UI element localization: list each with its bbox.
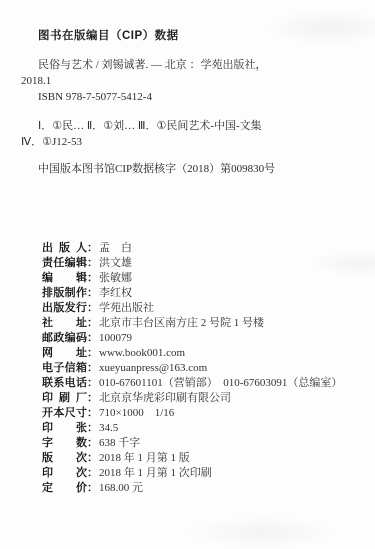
colophon-label: 版次 <box>42 451 87 466</box>
colophon-value: 100079 <box>99 331 132 346</box>
colophon-label: 网址 <box>42 346 87 361</box>
colophon-colon: ： <box>87 241 98 256</box>
colophon-label: 字数 <box>42 436 87 451</box>
colophon-row: 印张 ： 34.5 <box>42 421 365 436</box>
colophon-section: 出版人 ： 孟 白 责任编辑 ： 洪文雄 编辑 ： 张敏娜 排版制作 ： 李红权… <box>42 241 365 496</box>
colophon-colon: ： <box>87 451 98 466</box>
colophon-row: 网址 ： www.book001.com <box>42 346 365 361</box>
colophon-value: 010-67601101（营销部） 010-67603091（总编室） <box>99 376 342 391</box>
colophon-colon: ： <box>87 361 98 376</box>
colophon-colon: ： <box>87 391 98 406</box>
colophon-label: 责任编辑 <box>42 256 87 271</box>
colophon-row: 版次 ： 2018 年 1 月第 1 版 <box>42 451 365 466</box>
colophon-value: xueyuanpress@163.com <box>99 361 207 376</box>
colophon-colon: ： <box>87 406 98 421</box>
cip-isbn-line: ISBN 978-7-5077-5412-4 <box>21 89 359 105</box>
colophon-value: 168.00 元 <box>99 481 143 496</box>
colophon-colon: ： <box>87 346 98 361</box>
colophon-row: 出版人 ： 孟 白 <box>42 241 365 256</box>
colophon-label: 电子信箱 <box>42 361 87 376</box>
cip-record-number: 中国版本图书馆CIP数据核字（2018）第009830号 <box>21 161 359 177</box>
colophon-colon: ： <box>87 376 98 391</box>
colophon-label: 印次 <box>42 466 87 481</box>
colophon-value: 北京京华虎彩印刷有限公司 <box>99 391 231 406</box>
colophon-label: 印张 <box>42 421 87 436</box>
colophon-colon: ： <box>87 301 98 316</box>
colophon-value: 34.5 <box>99 421 118 436</box>
colophon-value: 710×1000 1/16 <box>99 406 174 421</box>
colophon-value: 北京市丰台区南方庄 2 号院 1 号楼 <box>99 316 264 331</box>
cip-section: 图书在版编目（CIP）数据 民俗与艺术 / 刘锡诚著. — 北京 ：学苑出版社，… <box>21 28 359 177</box>
colophon-label: 定价 <box>42 481 87 496</box>
colophon-value: 638 千字 <box>99 436 140 451</box>
colophon-row: 排版制作 ： 李红权 <box>42 286 365 301</box>
colophon-row: 开本尺寸 ： 710×1000 1/16 <box>42 406 365 421</box>
colophon-row: 印次 ： 2018 年 1 月第 1 次印刷 <box>42 466 365 481</box>
colophon-colon: ： <box>87 316 98 331</box>
colophon-colon: ： <box>87 256 98 271</box>
colophon-colon: ： <box>87 421 98 436</box>
cip-classification-line1: Ⅰ．①民… Ⅱ．①刘… Ⅲ．①民间艺术-中国-文集 <box>21 118 359 134</box>
colophon-row: 出版发行 ： 学苑出版社 <box>42 301 365 316</box>
colophon-row: 定价 ： 168.00 元 <box>42 481 365 496</box>
colophon-row: 字数 ： 638 千字 <box>42 436 365 451</box>
colophon-colon: ： <box>87 481 98 496</box>
colophon-value: 学苑出版社 <box>99 301 154 316</box>
colophon-colon: ： <box>87 271 98 286</box>
colophon-label: 出版人 <box>42 241 87 256</box>
colophon-label: 出版发行 <box>42 301 87 316</box>
colophon-value: 李红权 <box>99 286 132 301</box>
colophon-label: 印刷厂 <box>42 391 87 406</box>
cip-classification-line2: Ⅳ．①J12-53 <box>21 134 359 150</box>
colophon-value: 2018 年 1 月第 1 次印刷 <box>99 466 212 481</box>
colophon-value: 张敏娜 <box>99 271 132 286</box>
colophon-colon: ： <box>87 466 98 481</box>
colophon-colon: ： <box>87 331 98 346</box>
colophon-value: 洪文雄 <box>99 256 132 271</box>
colophon-list: 出版人 ： 孟 白 责任编辑 ： 洪文雄 编辑 ： 张敏娜 排版制作 ： 李红权… <box>42 241 365 496</box>
colophon-row: 联系电话 ： 010-67601101（营销部） 010-67603091（总编… <box>42 376 365 391</box>
colophon-row: 电子信箱 ： xueyuanpress@163.com <box>42 361 365 376</box>
cip-year-line: 2018.1 <box>21 73 359 89</box>
colophon-row: 社址 ： 北京市丰台区南方庄 2 号院 1 号楼 <box>42 316 365 331</box>
colophon-colon: ： <box>87 286 98 301</box>
colophon-value: www.book001.com <box>99 346 185 361</box>
colophon-label: 邮政编码 <box>42 331 87 346</box>
colophon-value: 2018 年 1 月第 1 版 <box>99 451 190 466</box>
book-copyright-page: 图书在版编目（CIP）数据 民俗与艺术 / 刘锡诚著. — 北京 ：学苑出版社，… <box>0 0 375 549</box>
colophon-label: 联系电话 <box>42 376 87 391</box>
colophon-label: 开本尺寸 <box>42 406 87 421</box>
colophon-row: 印刷厂 ： 北京京华虎彩印刷有限公司 <box>42 391 365 406</box>
colophon-value: 孟 白 <box>99 241 132 256</box>
colophon-row: 责任编辑 ： 洪文雄 <box>42 256 365 271</box>
cip-title-line: 民俗与艺术 / 刘锡诚著. — 北京 ：学苑出版社， <box>21 57 359 73</box>
colophon-row: 邮政编码 ： 100079 <box>42 331 365 346</box>
colophon-colon: ： <box>87 436 98 451</box>
colophon-row: 编辑 ： 张敏娜 <box>42 271 365 286</box>
colophon-label: 排版制作 <box>42 286 87 301</box>
cip-header: 图书在版编目（CIP）数据 <box>38 28 359 44</box>
colophon-label: 编辑 <box>42 271 87 286</box>
colophon-label: 社址 <box>42 316 87 331</box>
